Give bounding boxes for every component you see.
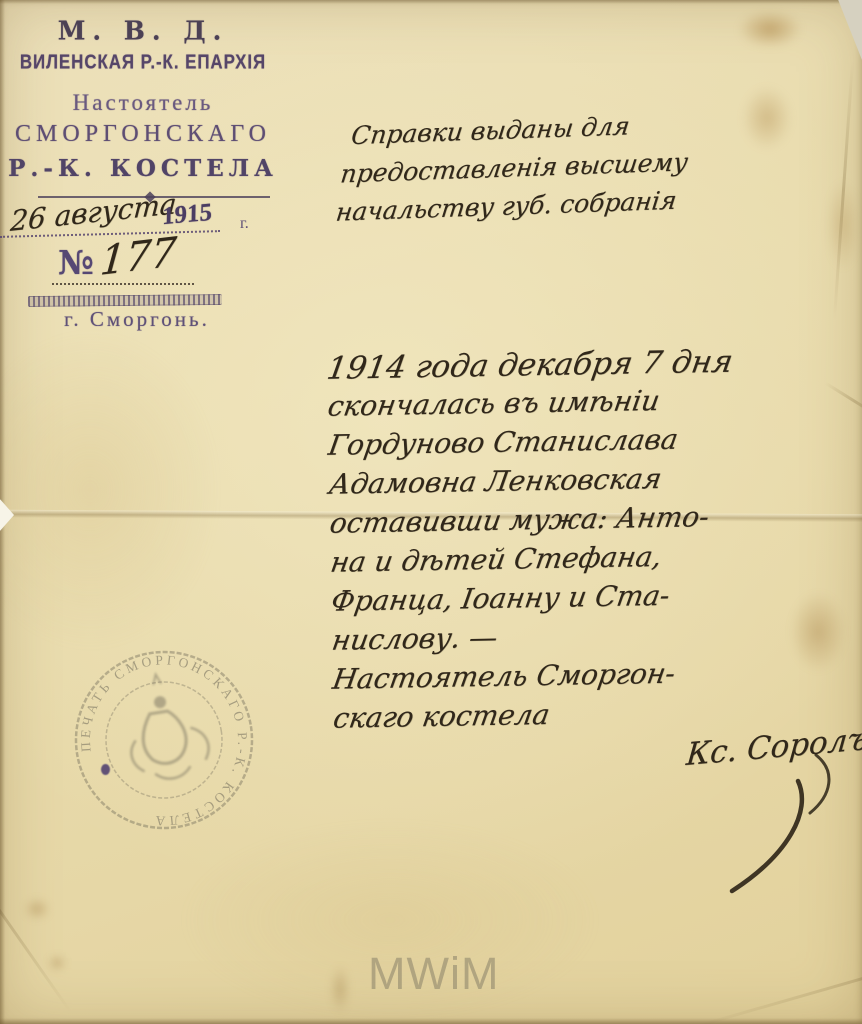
date-suffix: г. <box>240 215 249 233</box>
thick-ornament-rule <box>28 294 222 307</box>
stain-under-watermark <box>330 965 350 1013</box>
mottling-left <box>0 330 220 650</box>
stamp-ministry-abbreviation: М. В. Д. <box>0 15 286 45</box>
parish-seal: ПЕЧАТЬ СМОРГОНСКАГО Р.-К. КОСТЕЛА <box>52 626 277 854</box>
stamp-parish-name-line: СМОРГОНСКАГО <box>0 121 286 148</box>
crease-bottom-right-diagonal <box>694 965 862 1024</box>
ink-blot <box>101 764 110 775</box>
city-stamp: г. Сморгонь. <box>42 307 232 332</box>
crease-bottom-left-diagonal <box>0 880 72 1013</box>
handwritten-note: Справки выданы для предоставленія высшем… <box>350 103 862 235</box>
document-number-handwritten: 177 <box>98 229 178 285</box>
handwritten-body: 1914 года декабря 7 дня скончалась въ им… <box>327 341 862 740</box>
number-rule <box>52 283 194 285</box>
top-edge-shadow <box>0 0 862 4</box>
museum-watermark: MWiM <box>368 948 499 1000</box>
seal-inner-ring <box>98 674 231 807</box>
signature-flourish <box>620 715 862 905</box>
number-sign-stamp: № <box>58 243 94 282</box>
stain-bottom-left-1 <box>24 898 50 920</box>
seal-emblem-madonna <box>120 668 213 784</box>
seal-outer-ring <box>63 639 264 840</box>
seal-caption: ПЕЧАТЬ СМОРГОНСКАГО Р.-К. КОСТЕЛА <box>65 640 263 841</box>
left-edge-shadow <box>0 0 5 1024</box>
tear-notch <box>0 498 14 532</box>
stamp-rector-line: Настоятель <box>0 90 286 116</box>
bottom-edge-shadow <box>0 1018 862 1024</box>
stain-top-right <box>738 10 802 48</box>
corner-sliver-top-right <box>828 0 862 60</box>
scanned-document: М. В. Д. ВИЛЕНСКАЯ Р.-К. ЕПАРХІЯ Настоят… <box>0 0 862 1024</box>
stain-bottom-left-2 <box>48 955 66 971</box>
stamp-diocese-line: ВИЛЕНСКАЯ Р.-К. ЕПАРХІЯ <box>9 51 278 75</box>
year-stamp: 1915 <box>162 199 212 232</box>
stamp-church-line: Р.-К. КОСТЕЛА <box>0 155 286 182</box>
